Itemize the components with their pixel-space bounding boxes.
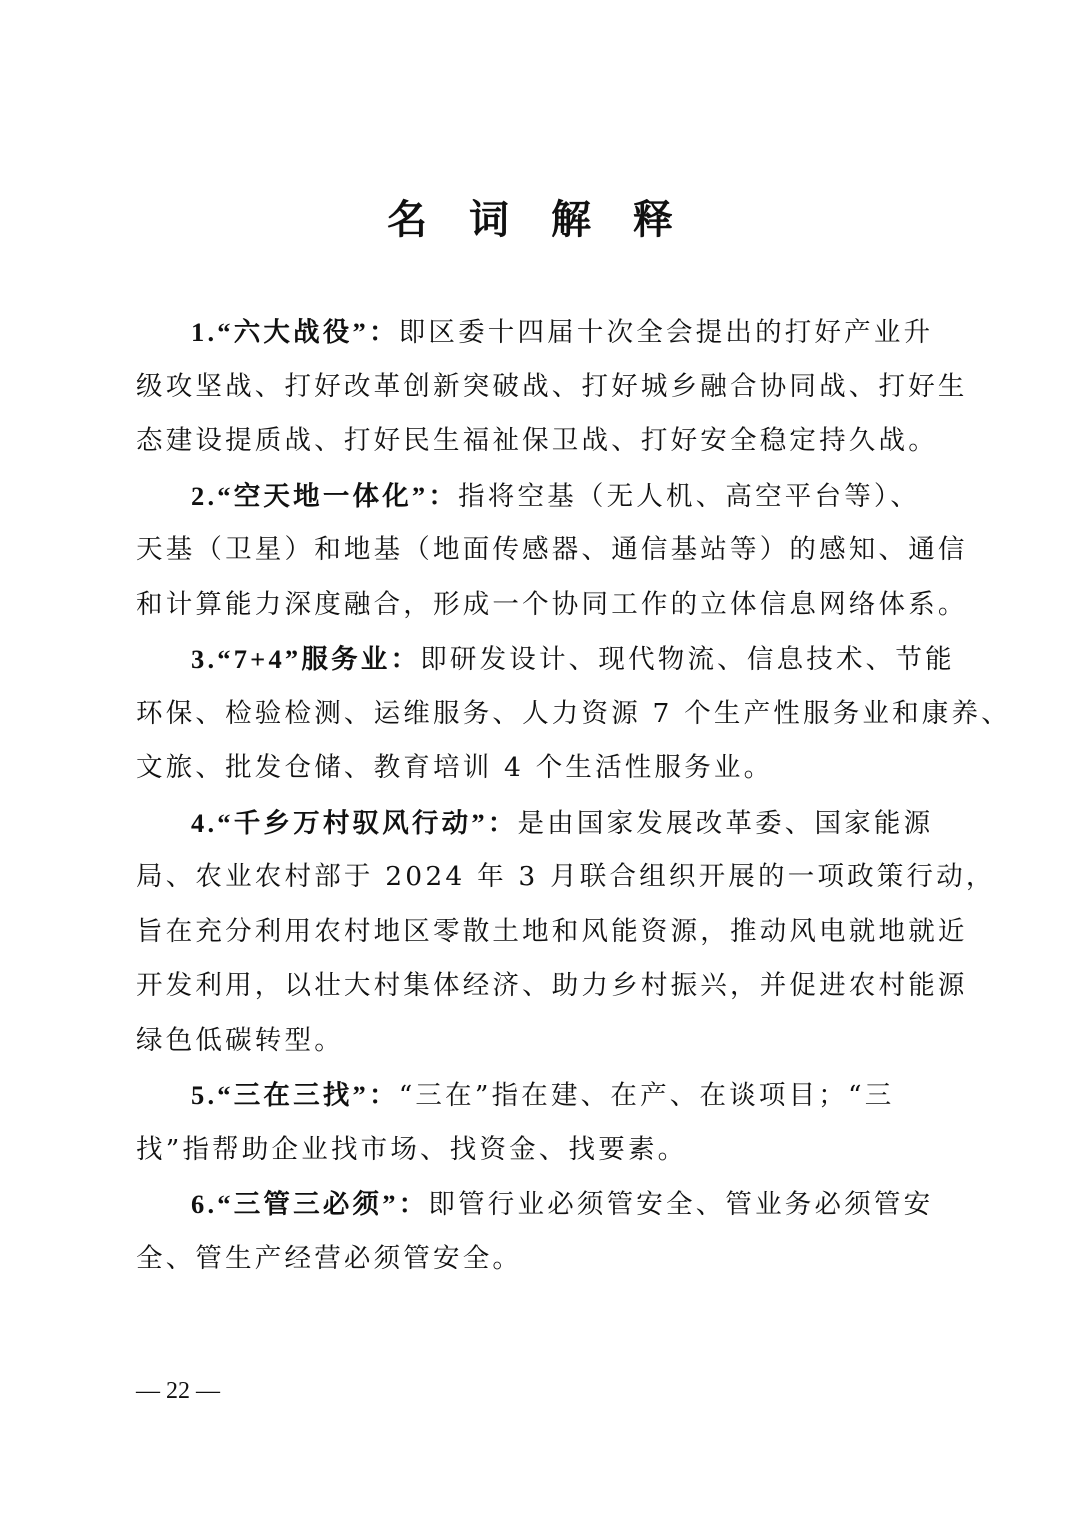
entry-text: 局、农业农村部于 2024 年 3 月联合组织开展的一项政策行动， <box>136 850 942 905</box>
entry-text: 指将空基（无人机、高空平台等）、 <box>458 481 920 512</box>
entry-number: 4. <box>191 808 217 838</box>
entry-number: 5. <box>191 1080 217 1110</box>
entry-text: 全、管生产经营必须管安全。 <box>136 1232 942 1287</box>
entry-text: 开发利用，以壮大村集体经济、助力乡村振兴，并促进农村能源 <box>136 959 942 1014</box>
glossary-entry-3: 3.“7+4”服务业：即研发设计、现代物流、信息技术、节能 环保、检验检测、运维… <box>136 632 942 796</box>
entry-term: “空天地一体化”： <box>217 481 458 511</box>
entry-number: 6. <box>191 1189 217 1219</box>
entry-term: “三在三找”： <box>217 1080 398 1110</box>
entry-text: 即区委十四届十次全会提出的打好产业升 <box>399 317 934 348</box>
entry-text: 即研发设计、现代物流、信息技术、节能 <box>420 644 955 675</box>
entry-number: 1. <box>191 317 217 347</box>
glossary-entry-4: 4.“千乡万村驭风行动”：是由国家发展改革委、国家能源 局、农业农村部于 202… <box>136 796 942 1069</box>
glossary-entry-1: 1.“六大战役”：即区委十四届十次全会提出的打好产业升 级攻坚战、打好改革创新突… <box>136 305 942 469</box>
entry-text: 是由国家发展改革委、国家能源 <box>517 808 933 839</box>
entry-text: 旨在充分利用农村地区零散土地和风能资源，推动风电就地就近 <box>136 905 942 960</box>
entry-text: 和计算能力深度融合，形成一个协同工作的立体信息网络体系。 <box>136 578 942 633</box>
glossary-list: 1.“六大战役”：即区委十四届十次全会提出的打好产业升 级攻坚战、打好改革创新突… <box>136 305 942 1286</box>
entry-term: “千乡万村驭风行动”： <box>217 808 517 838</box>
entry-text: 级攻坚战、打好改革创新突破战、打好城乡融合协同战、打好生 <box>136 360 942 415</box>
glossary-entry-6: 6.“三管三必须”：即管行业必须管安全、管业务必须管安 全、管生产经营必须管安全… <box>136 1177 942 1286</box>
page-number: — 22 — <box>136 1378 220 1405</box>
glossary-entry-2: 2.“空天地一体化”：指将空基（无人机、高空平台等）、 天基（卫星）和地基（地面… <box>136 469 942 633</box>
entry-term: “六大战役”： <box>217 317 398 347</box>
entry-text: 态建设提质战、打好民生福祉保卫战、打好安全稳定持久战。 <box>136 414 942 469</box>
entry-text: 天基（卫星）和地基（地面传感器、通信基站等）的感知、通信 <box>136 523 942 578</box>
entry-text: “三在”指在建、在产、在谈项目；“三 <box>399 1080 895 1111</box>
entry-number: 3. <box>191 644 217 674</box>
entry-text: 即管行业必须管安全、管业务必须管安 <box>428 1189 933 1220</box>
entry-text: 文旅、批发仓储、教育培训 4 个生活性服务业。 <box>136 741 942 796</box>
entry-term: “三管三必须”： <box>217 1189 428 1219</box>
entry-text: 绿色低碳转型。 <box>136 1014 942 1069</box>
glossary-entry-5: 5.“三在三找”：“三在”指在建、在产、在谈项目；“三 找”指帮助企业找市场、找… <box>136 1068 942 1177</box>
entry-text: 找”指帮助企业找市场、找资金、找要素。 <box>136 1123 942 1178</box>
entry-term: “7+4”服务业： <box>217 644 420 674</box>
entry-number: 2. <box>191 481 217 511</box>
entry-text: 环保、检验检测、运维服务、人力资源 7 个生产性服务业和康养、 <box>136 687 942 742</box>
page-title: 名 词 解 释 <box>0 192 1074 248</box>
